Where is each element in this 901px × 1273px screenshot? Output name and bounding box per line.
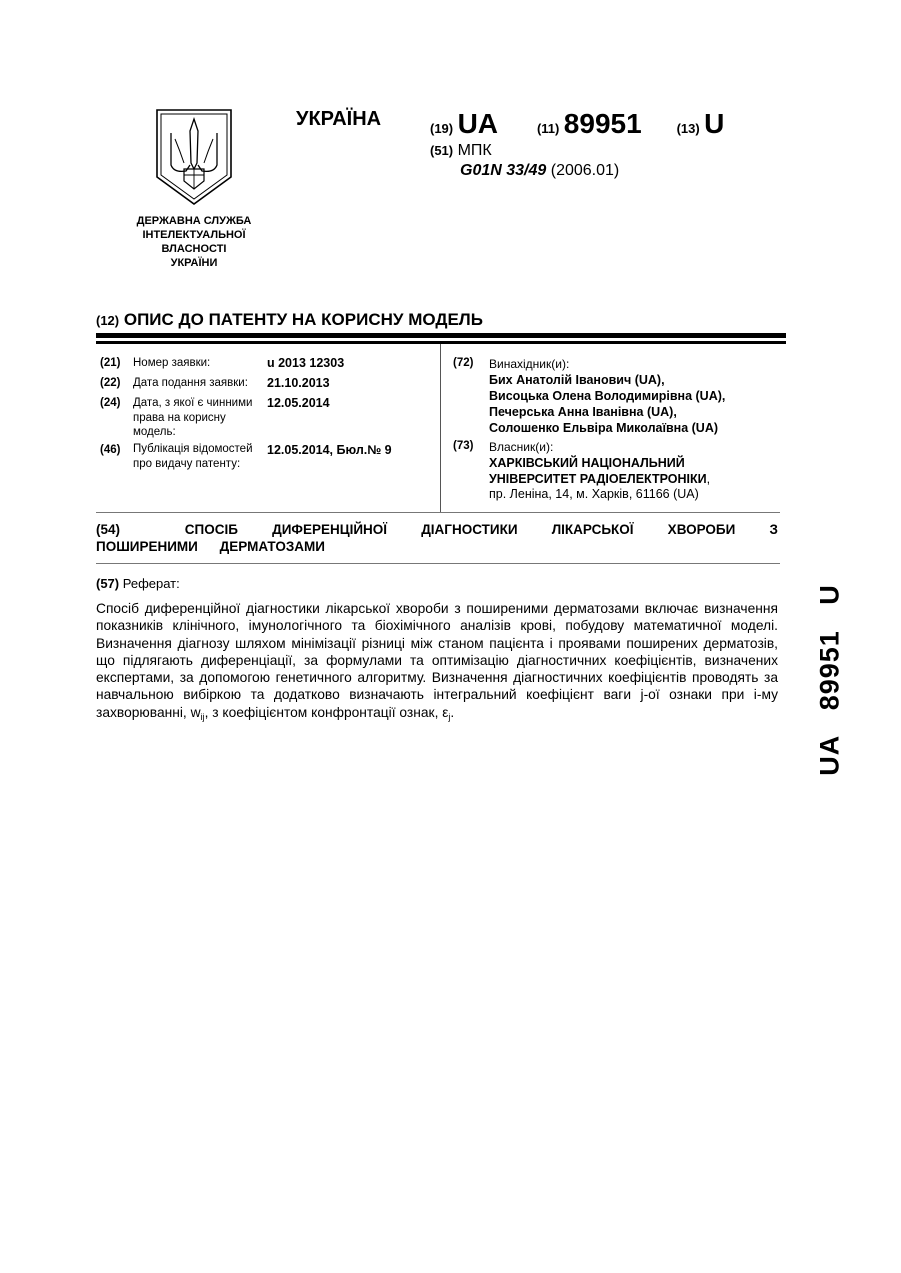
filing-date: 21.10.2013: [267, 376, 330, 391]
abstract-body: .: [450, 705, 454, 720]
field-label: Дата, з якої є чинними права на корисну …: [133, 396, 265, 440]
inid-code-11: (11): [537, 121, 559, 136]
agency-line: УКРАЇНИ: [120, 256, 268, 270]
abstract-heading: (57) Реферат:: [96, 576, 180, 591]
ipc-class: G01N 33/49: [460, 162, 546, 179]
patent-number: 89951: [564, 108, 642, 139]
agency-line: ІНТЕЛЕКТУАЛЬНОЇ: [120, 228, 268, 242]
column-divider: [440, 344, 441, 513]
inventor-name: Печерська Анна Іванівна (UA),: [489, 404, 677, 420]
side-patent-label: UA 89951 U: [810, 582, 850, 778]
publication-date: 12.05.2014, Бюл.№ 9: [267, 443, 392, 458]
inid-code-21: (21): [100, 356, 120, 371]
inventor-name: Бих Анатолій Іванович (UA),: [489, 372, 665, 388]
owner-name: УНІВЕРСИТЕТ РАДІОЕЛЕКТРОНІКИ,: [489, 471, 710, 487]
side-label-text: UA 89951 U: [815, 584, 846, 776]
divider: [96, 563, 780, 564]
inid-code-54: (54): [96, 522, 120, 537]
owner-label: Власник(и):: [489, 440, 553, 455]
document-title-text: ОПИС ДО ПАТЕНТУ НА КОРИСНУ МОДЕЛЬ: [124, 310, 483, 329]
inventors-label: Винахідник(и):: [489, 357, 569, 372]
country-name: УКРАЇНА: [296, 108, 381, 131]
owner-name-line2: УНІВЕРСИТЕТ РАДІОЕЛЕКТРОНІКИ: [489, 472, 707, 486]
ipc-classification: G01N 33/49 (2006.01): [460, 162, 619, 180]
field-label: Номер заявки:: [133, 356, 263, 371]
inid-code-19: (19): [430, 121, 453, 136]
ipc-version: (2006.01): [551, 162, 620, 179]
application-number: u 2013 12303: [267, 356, 344, 371]
inid-code-12: (12): [96, 313, 119, 328]
agency-line: ДЕРЖАВНА СЛУЖБА: [120, 214, 268, 228]
country-code: UA: [458, 108, 498, 139]
abstract-body: , з коефіцієнтом конфронтації ознак, ε: [205, 705, 449, 720]
inid-code-73: (73): [453, 439, 473, 454]
inventor-name: Висоцька Олена Володимирівна (UA),: [489, 388, 725, 404]
agency-name: ДЕРЖАВНА СЛУЖБА ІНТЕЛЕКТУАЛЬНОЇ ВЛАСНОСТ…: [120, 214, 268, 270]
field-label: Дата подання заявки:: [133, 376, 263, 391]
publication-codes: (19) UA (11) 89951 (13) U: [430, 108, 724, 140]
owner-name: ХАРКІВСЬКИЙ НАЦІОНАЛЬНИЙ: [489, 455, 685, 471]
field-label: Публікація відомостей про видачу патенту…: [133, 442, 265, 471]
inid-code-24: (24): [100, 396, 120, 411]
kind-code: U: [704, 108, 724, 139]
mpk-label: МПК: [458, 142, 492, 159]
owner-address: пр. Леніна, 14, м. Харків, 61166 (UA): [489, 487, 699, 502]
abstract-label: Реферат:: [123, 576, 180, 591]
divider: [96, 512, 780, 513]
inid-code-57: (57): [96, 576, 119, 591]
inid-code-46: (46): [100, 443, 120, 458]
divider-thick: [96, 333, 786, 338]
inid-code-51: (51): [430, 143, 453, 158]
divider-thin: [96, 341, 786, 344]
document-title: (12) ОПИС ДО ПАТЕНТУ НА КОРИСНУ МОДЕЛЬ: [96, 310, 483, 330]
agency-line: ВЛАСНОСТІ: [120, 242, 268, 256]
ipc-label: (51) МПК: [430, 142, 492, 160]
inid-code-72: (72): [453, 356, 473, 371]
abstract-text: Спосіб диференційної діагностики лікарсь…: [96, 600, 778, 726]
rights-date: 12.05.2014: [267, 396, 330, 411]
inventor-name: Солошенко Ельвіра Миколаївна (UA): [489, 420, 718, 436]
invention-title: (54) СПОСІБ ДИФЕРЕНЦІЙНОЇ ДІАГНОСТИКИ ЛІ…: [96, 521, 778, 555]
abstract-body: Спосіб диференційної діагностики лікарсь…: [96, 601, 778, 720]
trident-emblem-icon: [154, 107, 234, 207]
inid-code-22: (22): [100, 376, 120, 391]
inid-code-13: (13): [677, 121, 700, 136]
invention-title-text: СПОСІБ ДИФЕРЕНЦІЙНОЇ ДІАГНОСТИКИ ЛІКАРСЬ…: [96, 522, 778, 554]
